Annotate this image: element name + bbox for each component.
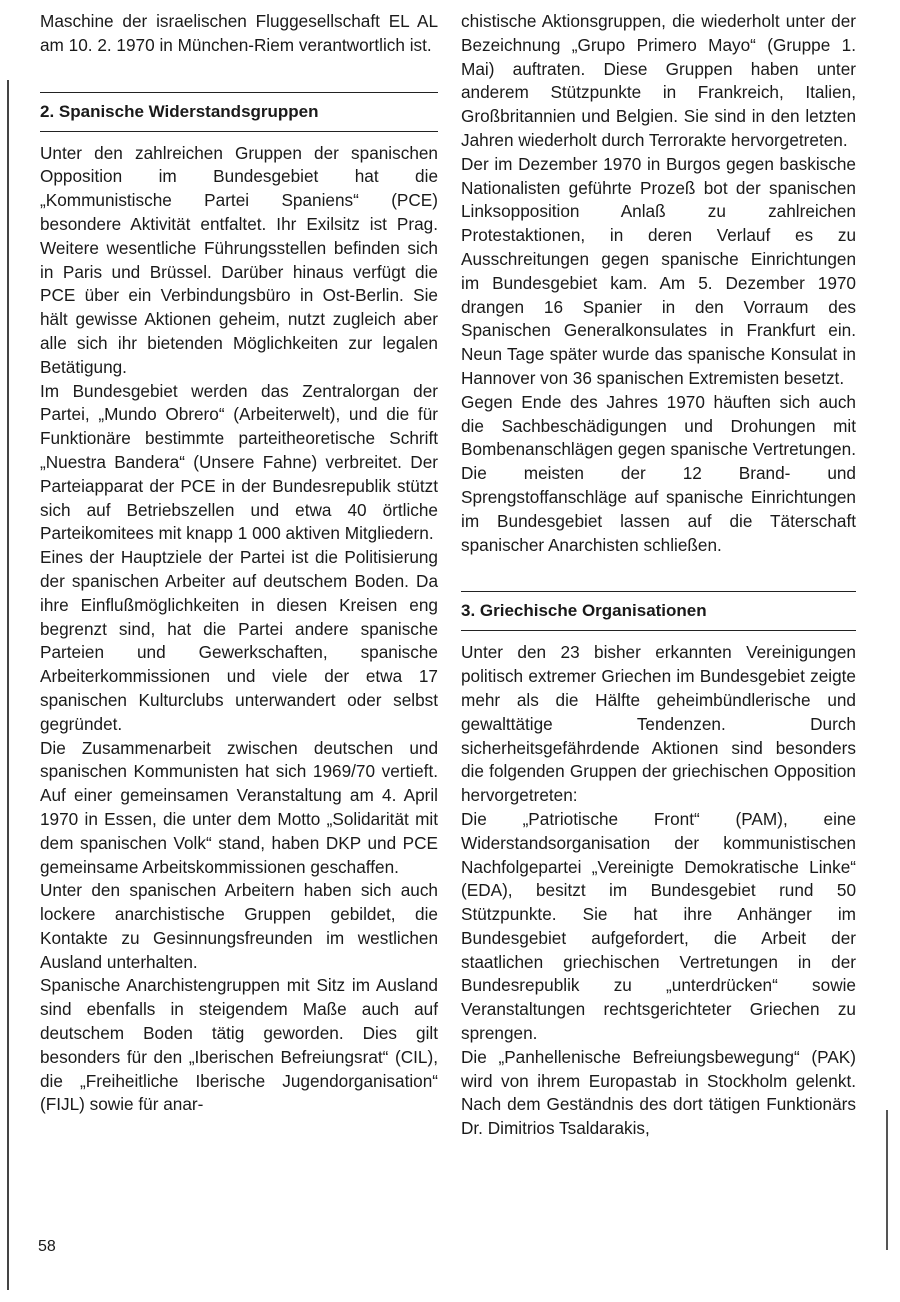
paragraph: Unter den 23 bisher erkannten Vereinigun… xyxy=(461,641,856,808)
section-heading: 3. Griechische Organisationen xyxy=(461,592,856,630)
paragraph: Der im Dezember 1970 in Burgos gegen bas… xyxy=(461,153,856,391)
scan-edge-right xyxy=(886,1110,888,1250)
paragraph: Unter den zahlreichen Gruppen der spanis… xyxy=(40,142,438,380)
paragraph: Die „Patriotische Front“ (PAM), eine Wid… xyxy=(461,808,856,1046)
paragraph: Gegen Ende des Jahres 1970 häuften sich … xyxy=(461,391,856,558)
paragraph: Maschine der israelischen Fluggesellscha… xyxy=(40,10,438,58)
paragraph: Eines der Hauptziele der Partei ist die … xyxy=(40,546,438,736)
paragraph: Unter den spanischen Arbeitern haben sic… xyxy=(40,879,438,974)
paragraph: Die Zusammenarbeit zwischen deutschen un… xyxy=(40,737,438,880)
paragraph: Die „Panhellenische Befreiungsbewegung“ … xyxy=(461,1046,856,1141)
right-column: chistische Aktionsgruppen, die wiederhol… xyxy=(461,10,856,1141)
section-heading: 2. Spanische Widerstandsgruppen xyxy=(40,93,438,131)
paragraph: chistische Aktionsgruppen, die wiederhol… xyxy=(461,10,856,153)
paragraph: Spanische Anarchistengruppen mit Sitz im… xyxy=(40,974,438,1117)
scan-edge-left xyxy=(7,80,9,1290)
page-number: 58 xyxy=(38,1238,56,1256)
left-column: Maschine der israelischen Fluggesellscha… xyxy=(40,10,438,1117)
paragraph: Im Bundesgebiet werden das Zentralorgan … xyxy=(40,380,438,547)
